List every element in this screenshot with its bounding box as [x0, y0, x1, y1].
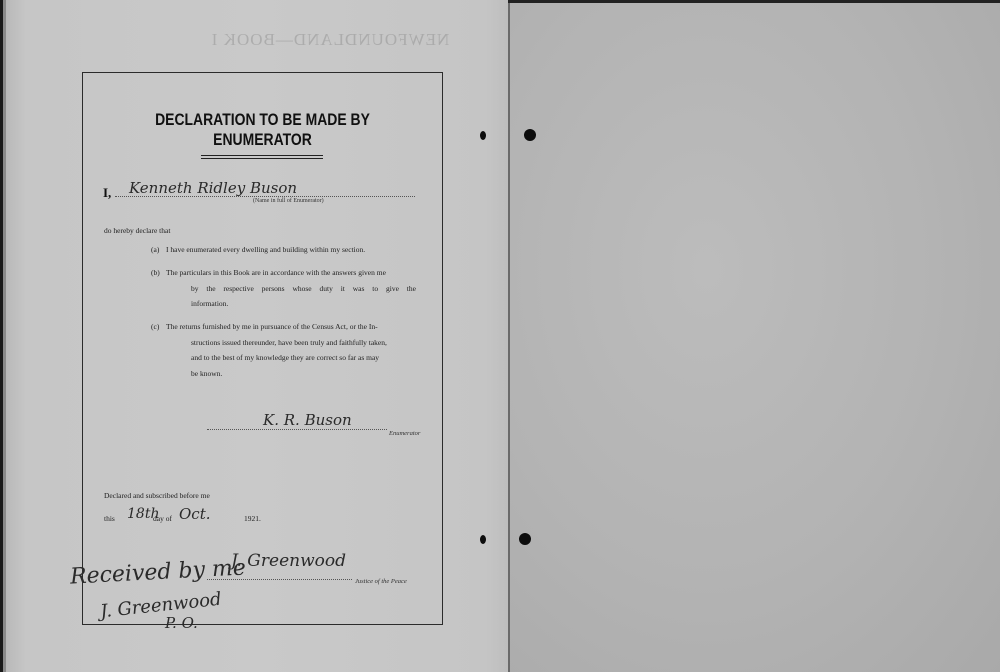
justice-signature-handwritten: J. Greenwood: [231, 551, 346, 571]
name-prefix: I,: [103, 185, 111, 201]
received-initials-handwritten: P. O.: [165, 614, 198, 632]
punch-hole-icon: [480, 131, 486, 140]
enumerator-signature-handwritten: K. R. Buson: [263, 411, 352, 429]
punch-hole-icon: [480, 535, 486, 544]
punch-hole-icon: [519, 533, 531, 545]
clause-b-line-1: The particulars in this Book are in acco…: [166, 269, 386, 277]
clause-b-label: (b): [151, 269, 160, 277]
date-year: 1921.: [244, 515, 261, 523]
scan-edge: [508, 0, 1000, 3]
clause-c-line-3: and to the best of my knowledge they are…: [191, 354, 379, 362]
clause-c-label: (c): [151, 323, 159, 331]
enumerator-name-handwritten: Kenneth Ridley Buson: [129, 179, 297, 197]
declared-text: Declared and subscribed before me: [104, 492, 210, 500]
justice-caption: Justice of the Peace: [355, 578, 407, 585]
date-month-handwritten: Oct.: [179, 505, 211, 523]
clause-a-label: (a): [151, 246, 159, 254]
bleed-through-heading: NEWFOUNDLAND—BOOK I: [200, 30, 460, 50]
clause-b-line-2: by the respective persons whose duty it …: [191, 285, 416, 293]
name-caption: (Name in full of Enumerator): [253, 198, 324, 204]
clause-c-line-1: The returns furnished by me in pursuance…: [166, 323, 378, 331]
clause-c-line-4: be known.: [191, 370, 222, 378]
title-rule: [201, 158, 323, 159]
enumerator-signature-line: [207, 429, 387, 430]
date-day-of: day of: [153, 515, 172, 523]
clause-c-line-2: structions issued thereunder, have been …: [191, 339, 387, 347]
right-page-blank: [508, 0, 1000, 672]
clause-a-text: I have enumerated every dwelling and bui…: [166, 246, 365, 254]
declare-intro: do hereby declare that: [104, 227, 170, 235]
date-this: this: [104, 515, 115, 523]
title-rule: [201, 155, 323, 156]
enumerator-caption: Enumerator: [389, 430, 420, 437]
clause-b-line-3: information.: [191, 300, 228, 308]
form-title: DECLARATION TO BE MADE BY ENUMERATOR: [115, 110, 409, 150]
declaration-form: DECLARATION TO BE MADE BY ENUMERATOR I, …: [82, 72, 443, 625]
punch-hole-icon: [524, 129, 536, 141]
